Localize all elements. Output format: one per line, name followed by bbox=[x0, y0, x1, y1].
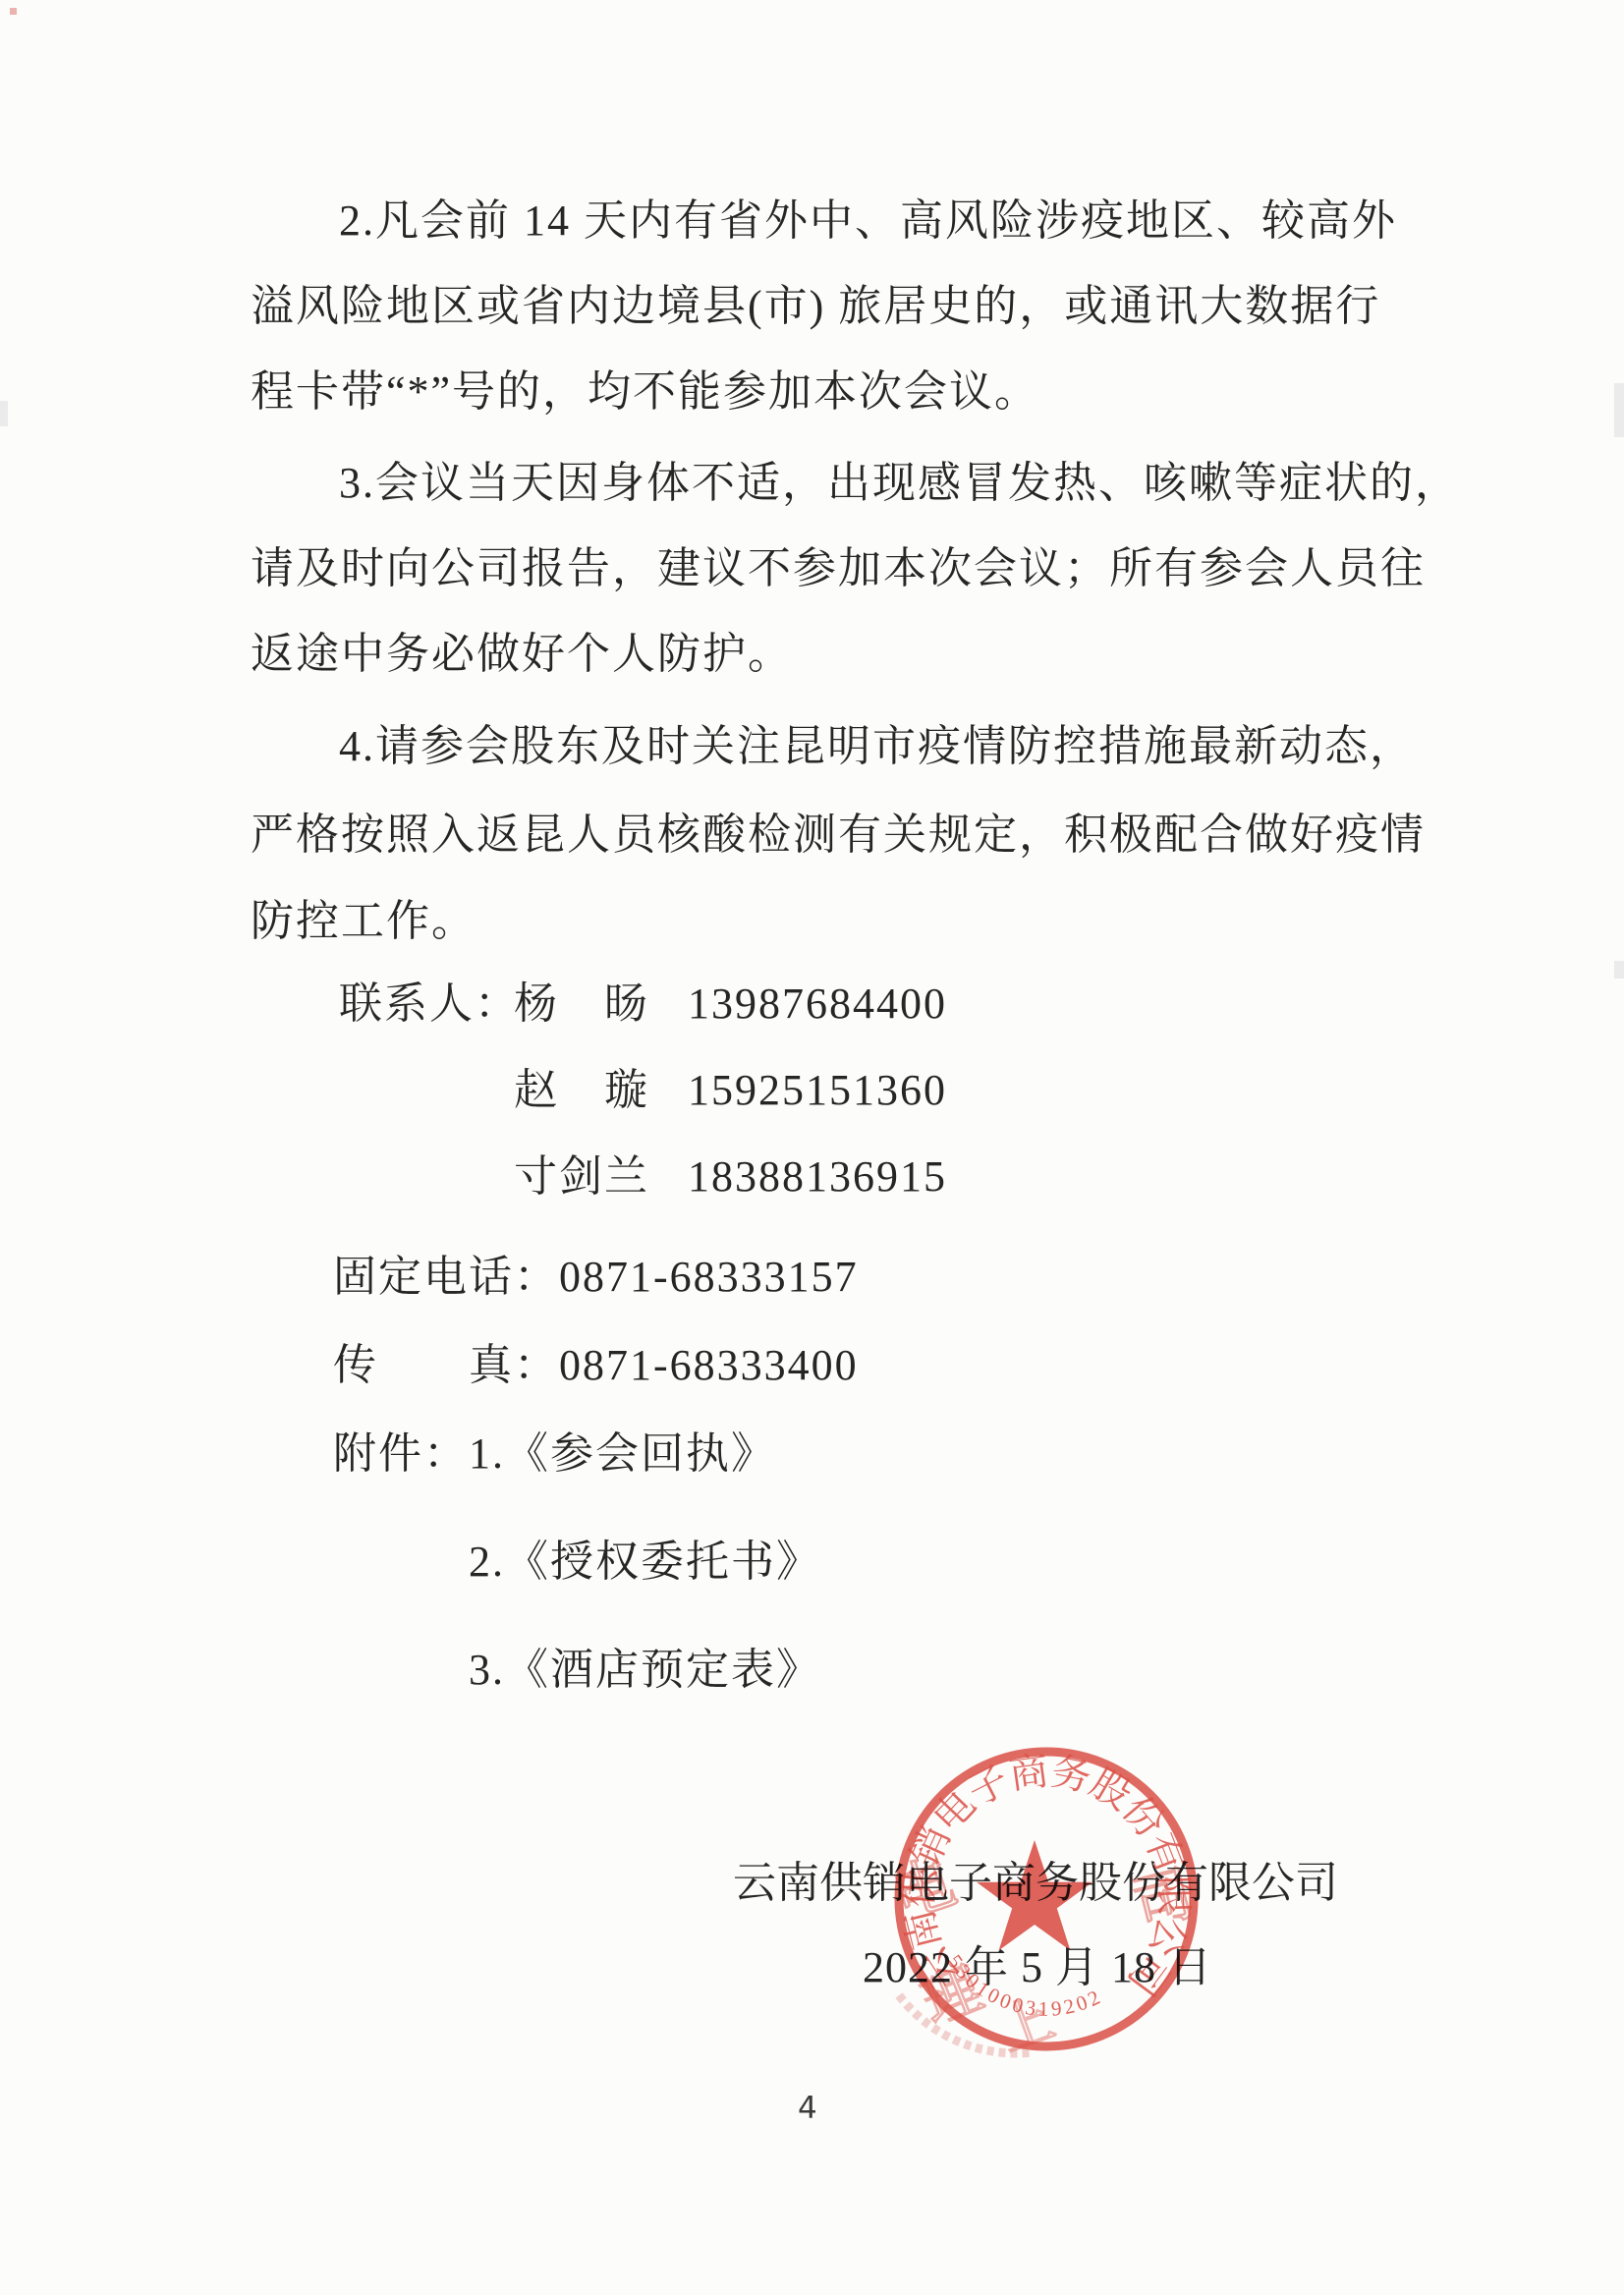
attachment-item: 3.《酒店预定表》 bbox=[469, 1644, 821, 1697]
attachment-item: 1.《参会回执》 bbox=[469, 1427, 776, 1481]
paragraph-line: 3.会议当天因身体不适，出现感冒发热、咳嗽等症状的， bbox=[339, 457, 1460, 510]
scan-artifact bbox=[0, 401, 8, 426]
attachments-label: 附件： bbox=[333, 1427, 469, 1481]
contacts-label: 联系人： bbox=[339, 978, 520, 1031]
landline-line: 固定电话：0871-68333157 bbox=[333, 1251, 859, 1304]
scan-artifact bbox=[1614, 961, 1624, 979]
scan-speck bbox=[10, 8, 17, 15]
paragraph-line: 2.凡会前 14 天内有省外中、高风险涉疫地区、较高外 bbox=[339, 195, 1397, 248]
company-seal-stamp: 云南供销电子商务股份有限公司 5301000319202 电 司 理 上 bbox=[885, 1738, 1207, 2060]
scan-artifact bbox=[1614, 383, 1624, 437]
contact-name: 杨 旸 bbox=[514, 978, 649, 1031]
page-number: 4 bbox=[798, 2091, 817, 2126]
contact-name: 赵 璇 bbox=[514, 1064, 649, 1117]
seal-star-icon bbox=[977, 1840, 1092, 1950]
paragraph-line: 防控工作。 bbox=[251, 895, 476, 948]
contact-phone: 18388136915 bbox=[688, 1150, 947, 1203]
contact-phone: 13987684400 bbox=[688, 978, 947, 1031]
fax-line: 传 真：0871-68333400 bbox=[333, 1339, 859, 1392]
document-page: 2.凡会前 14 天内有省外中、高风险涉疫地区、较高外 溢风险地区或省内边境县(… bbox=[0, 0, 1624, 2295]
paragraph-line: 请及时向公司报告，建议不参加本次会议；所有参会人员往 bbox=[251, 542, 1426, 595]
paragraph-line: 返途中务必做好个人防护。 bbox=[251, 628, 793, 681]
paragraph-line: 严格按照入返昆人员核酸检测有关规定，积极配合做好疫情 bbox=[251, 809, 1426, 862]
paragraph-line: 程卡带“*”号的，均不能参加本次会议。 bbox=[251, 365, 1039, 419]
attachment-item: 2.《授权委托书》 bbox=[469, 1536, 821, 1589]
contact-phone: 15925151360 bbox=[688, 1064, 947, 1117]
attachments-row: 附件： 1.《参会回执》 bbox=[0, 1427, 1624, 1640]
contact-name: 寸剑兰 bbox=[514, 1150, 649, 1203]
paragraph-line: 溢风险地区或省内边境县(市) 旅居史的，或通讯大数据行 bbox=[251, 280, 1380, 333]
paragraph-line: 4.请参会股东及时关注昆明市疫情防控措施最新动态， bbox=[339, 720, 1415, 773]
